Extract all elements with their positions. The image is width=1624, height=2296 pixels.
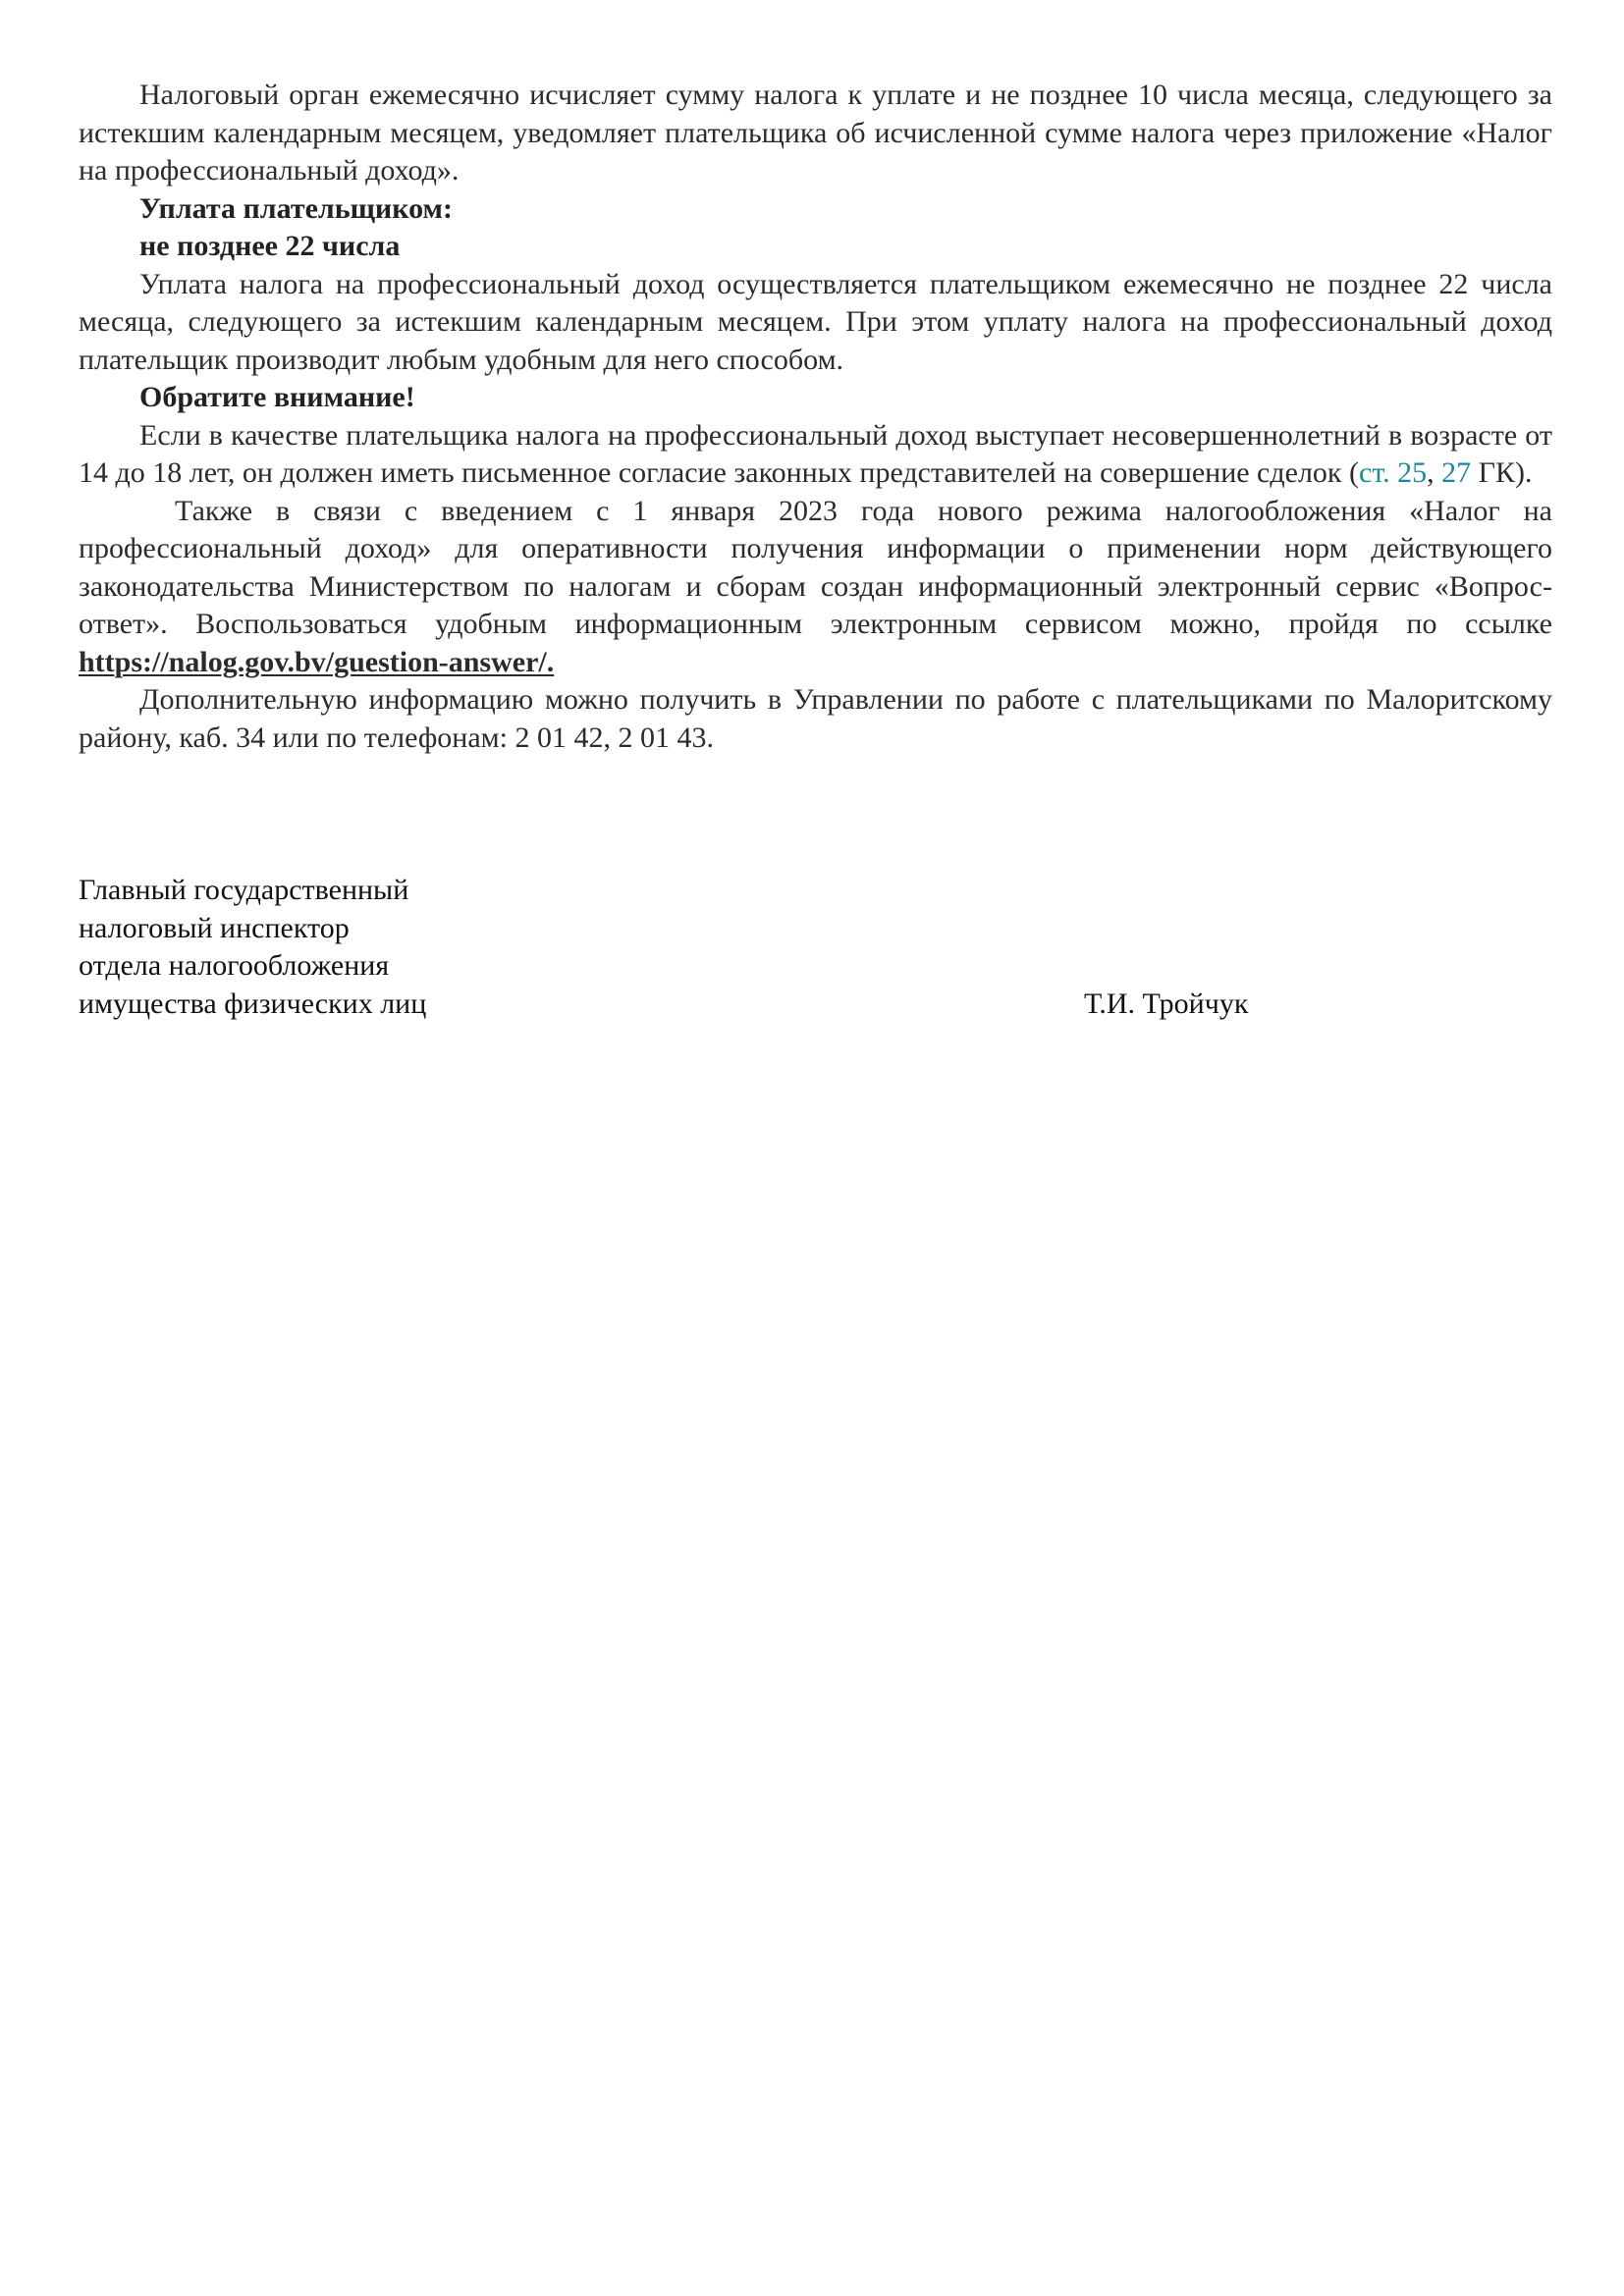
heading-payment: Уплата плательщиком: (79, 190, 1552, 229)
heading-attention: Обратите внимание! (79, 379, 1552, 417)
signatory-name: Т.И. Тройчук (1084, 986, 1248, 1024)
qa-service-url-link[interactable]: https://nalog.gov.bv/guestion-answer/. (79, 646, 554, 678)
paragraph-payment-terms: Уплата налога на профессиональный доход … (79, 266, 1552, 380)
signature-position-line-1: Главный государственный (79, 872, 1355, 910)
paragraph-minors-tail: ГК). (1471, 456, 1532, 489)
civil-code-article-25-link[interactable]: ст. 25 (1359, 456, 1427, 489)
paragraph-minors-text: Если в качестве плательщика налога на пр… (79, 419, 1552, 490)
paragraph-minors: Если в качестве плательщика налога на пр… (79, 417, 1552, 493)
paragraph-contacts: Дополнительную информацию можно получить… (79, 681, 1552, 757)
paragraph-qa-service-text: Также в связи с введением с 1 января 202… (79, 495, 1552, 641)
link-separator: , (1427, 456, 1441, 489)
paragraph-tax-calculation: Налоговый орган ежемесячно исчисляет сум… (79, 77, 1552, 190)
civil-code-article-27-link[interactable]: 27 (1441, 456, 1471, 489)
heading-deadline: не позднее 22 числа (79, 228, 1552, 266)
signature-position-line-2: налоговый инспектор (79, 910, 1355, 948)
signature-position-line-3: отдела налогообложения (79, 947, 1355, 986)
paragraph-qa-service: Также в связи с введением с 1 января 202… (79, 493, 1552, 682)
signature-block: Главный государственный налоговый инспек… (79, 872, 1355, 1023)
document-body: Налоговый орган ежемесячно исчисляет сум… (79, 77, 1552, 757)
